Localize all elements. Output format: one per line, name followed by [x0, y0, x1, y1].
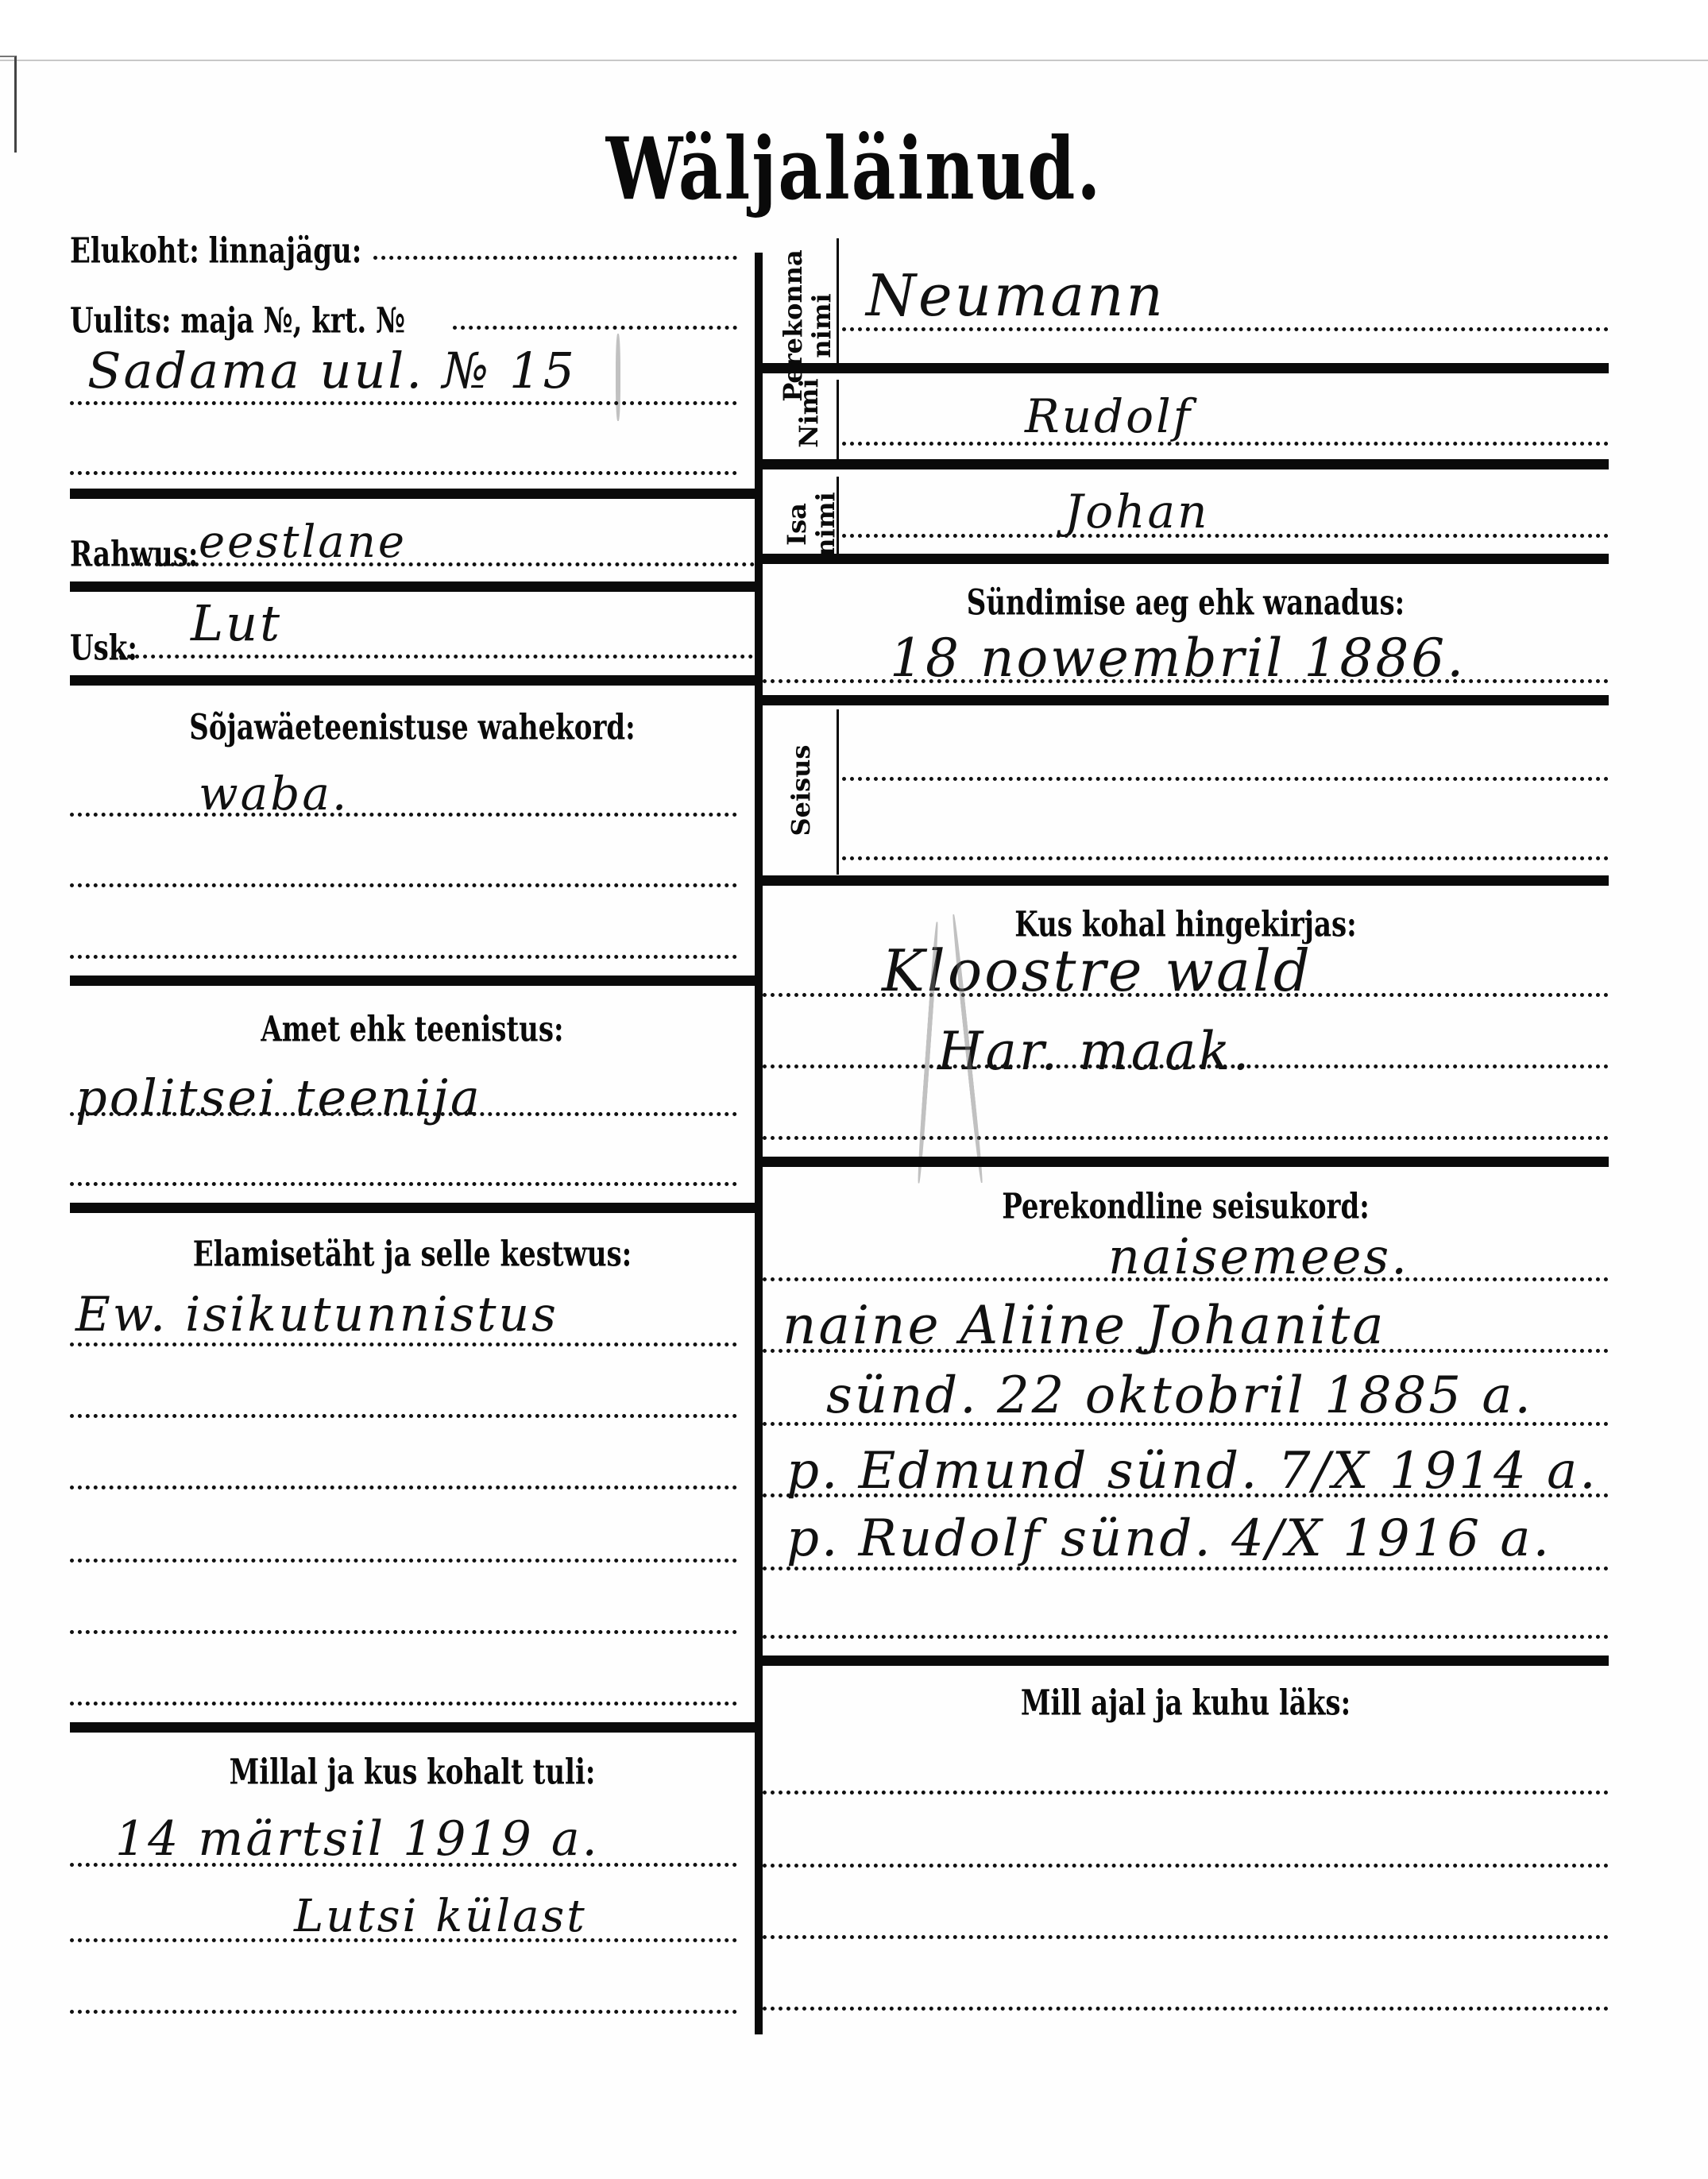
arrival-line-2[interactable] [70, 1938, 737, 1942]
divider-rule [70, 976, 755, 986]
divider-rule [70, 675, 755, 686]
military-line-2[interactable] [70, 883, 737, 887]
departure-line-1[interactable] [763, 1791, 1609, 1795]
religion-field[interactable] [111, 655, 753, 659]
street-line-2[interactable] [70, 471, 737, 475]
surname-value: Neumann [866, 262, 1165, 329]
document-title: Wäljaläinud. [0, 119, 1708, 219]
label-separator [837, 709, 839, 875]
nationality-label: Rahwus: [70, 534, 198, 575]
permit-line-2[interactable] [70, 1414, 737, 1418]
family-line-2[interactable] [763, 1349, 1609, 1353]
occupation-value: politsei teenija [75, 1068, 482, 1126]
occupation-line-1[interactable] [70, 1112, 737, 1116]
military-line-1[interactable] [70, 813, 737, 817]
family-line-spouse-birth: sünd. 22 oktobril 1885 a. [826, 1366, 1533, 1425]
nationality-field[interactable] [131, 562, 755, 566]
family-line-child-2: p. Rudolf sünd. 4/X 1916 a. [786, 1509, 1551, 1568]
father-name-field[interactable] [842, 534, 1609, 538]
residence-permit-value: Ew. isikutunnistus [75, 1287, 558, 1343]
family-line-child-1: p. Edmund sünd. 7/X 1914 a. [786, 1442, 1598, 1501]
religion-value: Lut [191, 594, 282, 652]
first-name-field[interactable] [842, 442, 1609, 446]
parish-line-2[interactable] [763, 1064, 1609, 1068]
surname-label-line2: nimi [806, 293, 837, 357]
military-label: Sõjawäeteenistuse wahekord: [70, 707, 755, 748]
parish-register-line2: Har. maak. [937, 1021, 1251, 1082]
estate-line-2[interactable] [842, 856, 1609, 860]
nationality-value: eestlane [199, 516, 407, 568]
family-line-4[interactable] [763, 1493, 1609, 1497]
permit-line-4[interactable] [70, 1559, 737, 1563]
occupation-line-2[interactable] [70, 1182, 737, 1186]
column-divider [755, 253, 763, 2034]
divider-rule [763, 363, 1609, 373]
parish-line-3[interactable] [763, 1136, 1609, 1140]
pencil-mark [616, 334, 620, 421]
district-field[interactable] [373, 256, 737, 260]
religion-label: Usk: [70, 628, 137, 669]
arrival-label: Millal ja kus kohalt tuli: [70, 1752, 755, 1793]
family-line-3[interactable] [763, 1422, 1609, 1426]
permit-line-1[interactable] [70, 1343, 737, 1346]
military-line-3[interactable] [70, 955, 737, 959]
label-separator [837, 380, 839, 462]
first-name-label: Nimi [794, 365, 826, 461]
departure-line-4[interactable] [763, 2007, 1609, 2011]
family-line-5[interactable] [763, 1567, 1609, 1571]
label-separator [837, 238, 839, 363]
street-field-line[interactable] [453, 326, 737, 330]
estate-label: Seisus [786, 743, 818, 838]
divider-rule [70, 1203, 755, 1213]
permit-line-6[interactable] [70, 1702, 737, 1706]
family-status-label: Perekondline seisukord: [763, 1186, 1609, 1227]
divider-rule [70, 1722, 755, 1733]
surname-field[interactable] [842, 327, 1609, 331]
arrival-line-3[interactable] [70, 2010, 737, 2014]
birth-label: Sündimise aeg ehk wanadus: [763, 582, 1609, 624]
divider-rule [763, 459, 1609, 469]
divider-rule [763, 695, 1609, 705]
divider-rule [70, 581, 755, 592]
divider-rule [763, 1655, 1609, 1666]
departure-label: Mill ajal ja kuhu läks: [763, 1683, 1609, 1724]
permit-line-3[interactable] [70, 1486, 737, 1489]
father-name-value: Johan [1065, 485, 1209, 539]
arrival-line-1[interactable] [70, 1863, 737, 1867]
divider-rule [763, 1157, 1609, 1167]
occupation-label: Amet ehk teenistus: [70, 1009, 755, 1050]
street-line-1[interactable] [70, 401, 737, 405]
street-label: Uulits: maja №, krt. № [70, 300, 405, 342]
street-value: Sadama uul. № 15 [87, 342, 577, 400]
departure-line-2[interactable] [763, 1864, 1609, 1868]
estate-line-1[interactable] [842, 777, 1609, 781]
parish-line-1[interactable] [763, 993, 1609, 997]
divider-rule [763, 875, 1609, 886]
birth-field[interactable] [763, 679, 1609, 683]
arrival-from: Lutsi külast [294, 1891, 587, 1942]
residence-permit-label: Elamisetäht ja selle kestwus: [70, 1234, 755, 1275]
family-line-1[interactable] [763, 1277, 1609, 1281]
departure-line-3[interactable] [763, 1935, 1609, 1939]
divider-rule [763, 554, 1609, 564]
father-name-label-line1: Isa [782, 503, 812, 546]
family-line-spouse: naine Aliine Johanita [783, 1295, 1386, 1356]
arrival-date: 14 märtsil 1919 a. [115, 1811, 600, 1867]
family-line-6[interactable] [763, 1635, 1609, 1639]
divider-rule [70, 489, 755, 499]
district-label: Elukoht: linnajägu: [70, 230, 361, 272]
label-separator [837, 477, 839, 554]
first-name-value: Rudolf [1025, 389, 1192, 443]
permit-line-5[interactable] [70, 1630, 737, 1634]
